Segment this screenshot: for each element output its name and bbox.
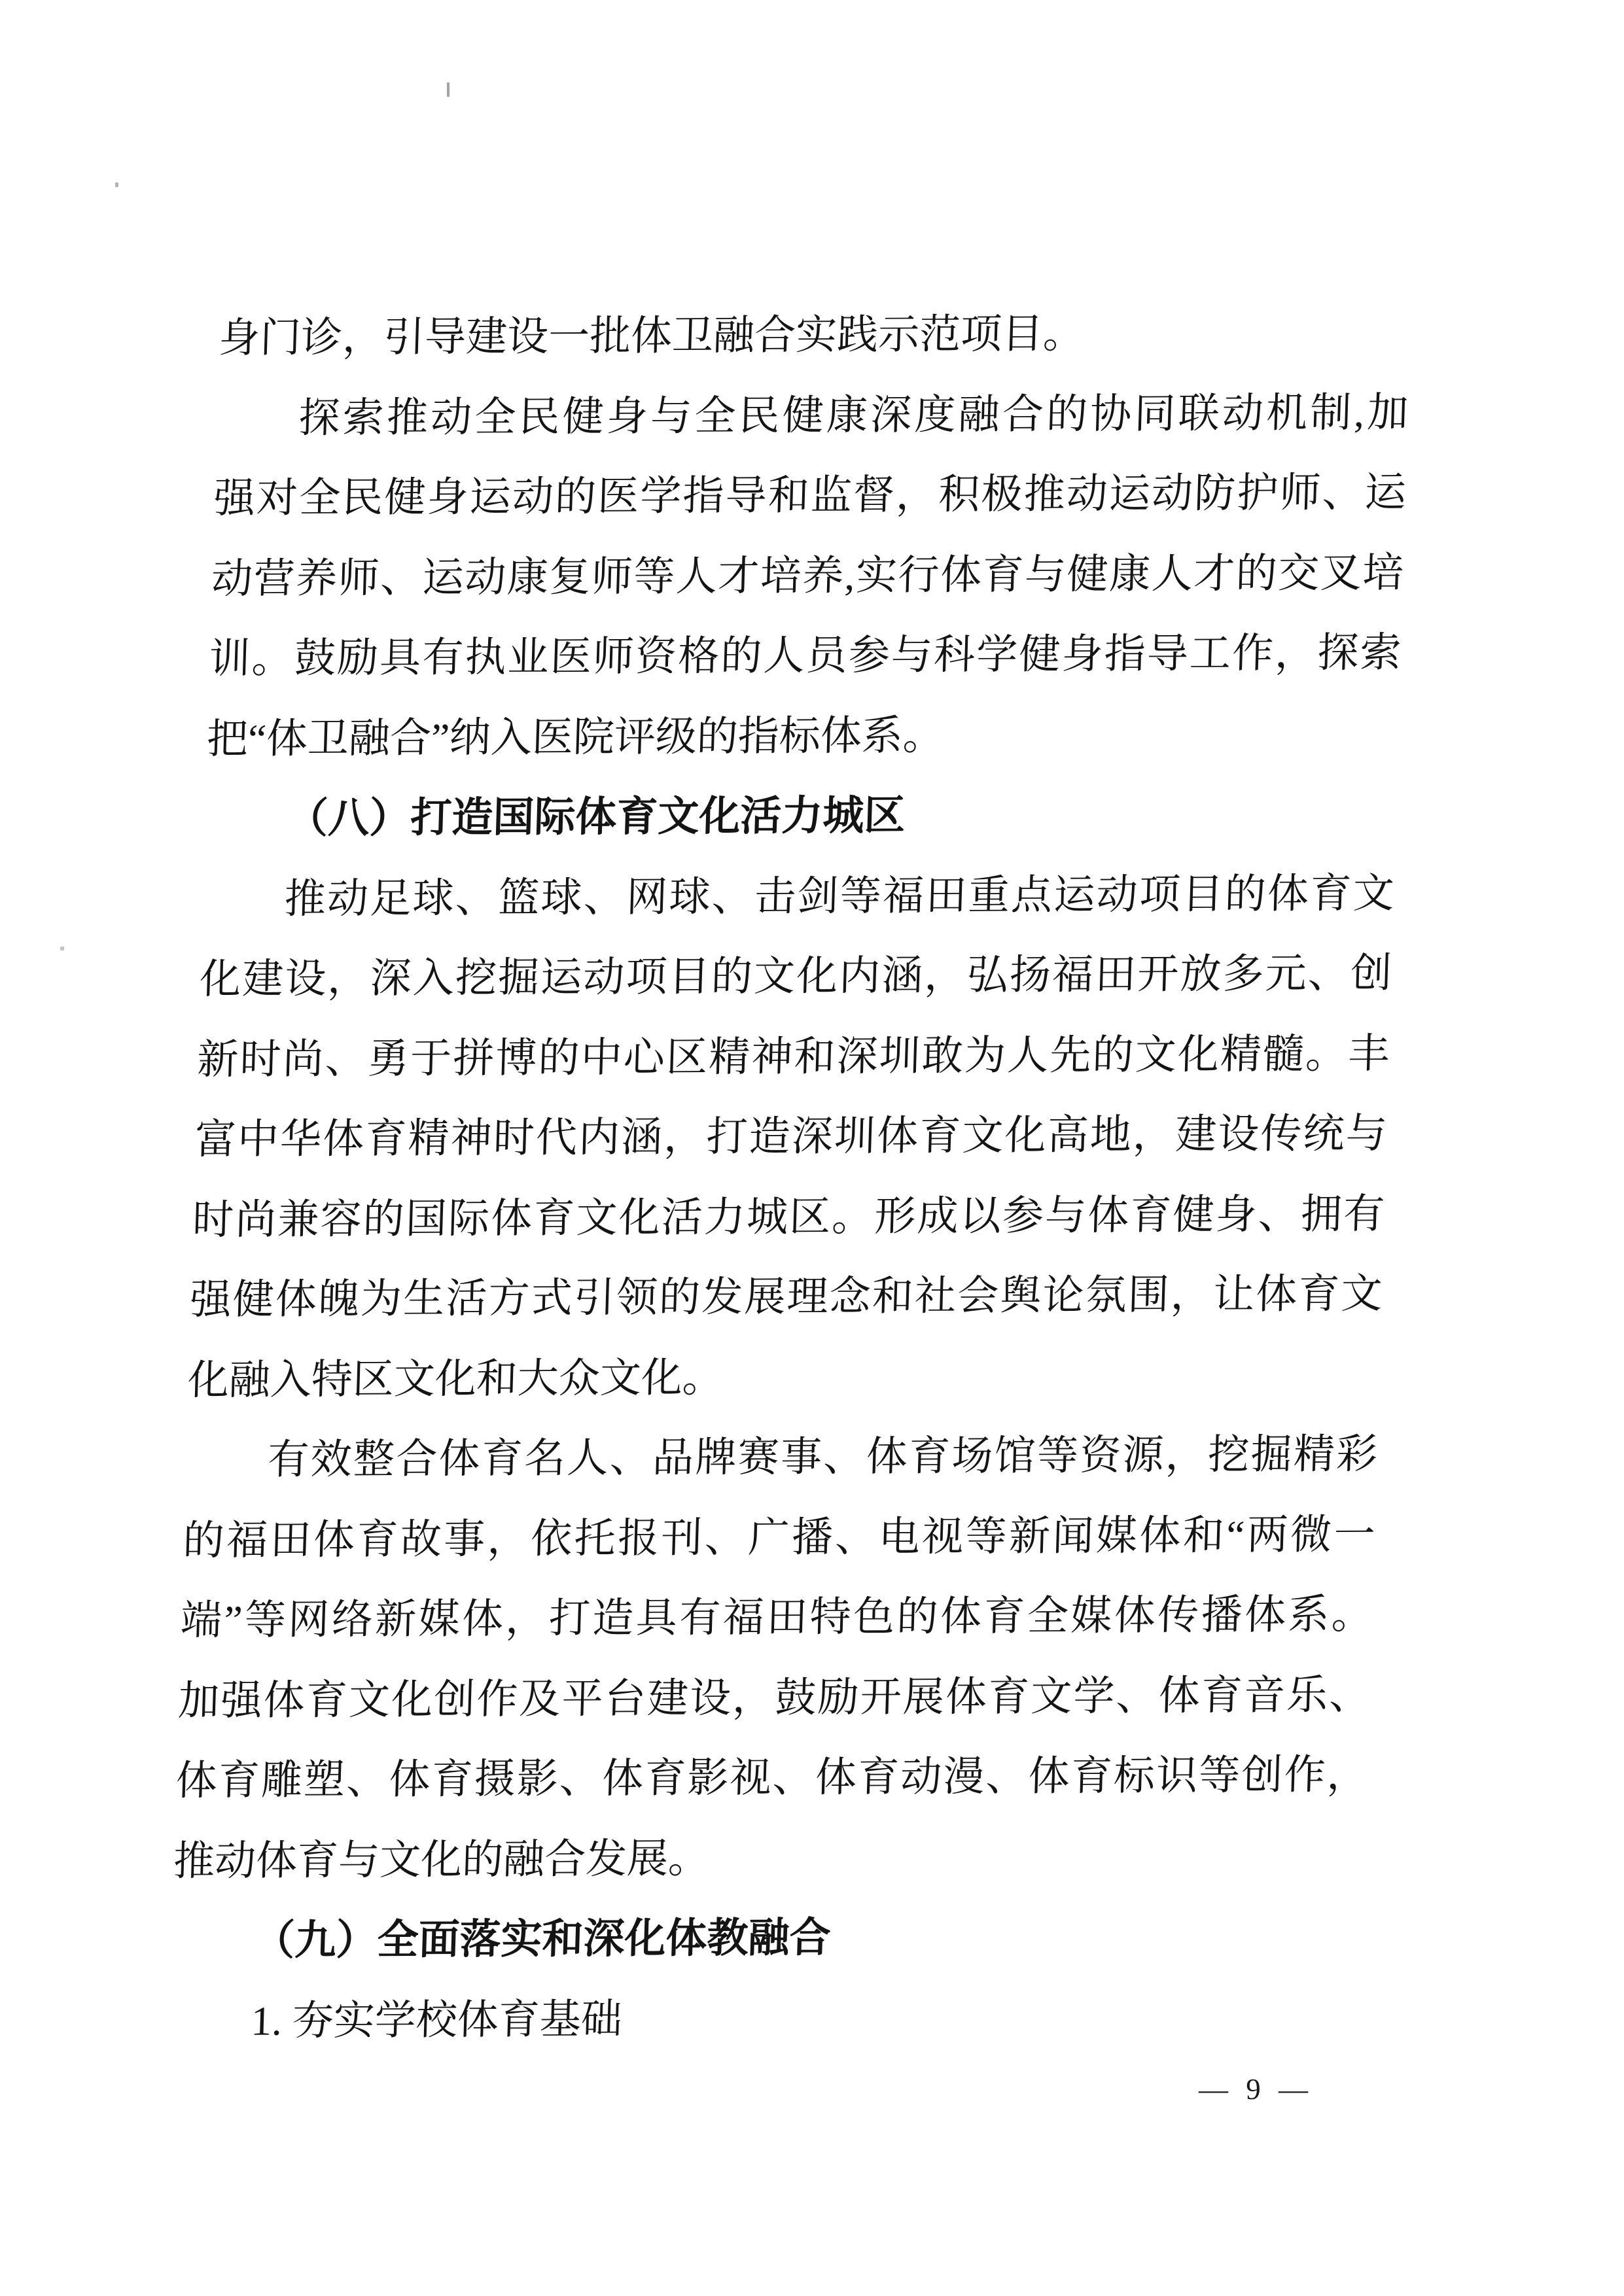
text-line: 强健体魄为生活方式引领的发展理念和社会舆论氛围，让体育文 xyxy=(189,1254,1384,1340)
text-line: 身门诊，引导建设一批体卫融合实践示范项目。 xyxy=(217,292,1412,378)
text-line: 新时尚、勇于拼博的中心区精神和深圳敢为人先的文化精髓。丰 xyxy=(196,1013,1391,1100)
text-line: 推动体育与文化的融合发展。 xyxy=(172,1815,1367,1901)
text-line: 富中华体育精神时代内涵，打造深圳体育文化高地，建设传统与 xyxy=(194,1094,1388,1180)
scan-speck xyxy=(447,82,450,97)
text-line: 时尚兼容的国际体育文化活力城区。形成以参与体育健身、拥有 xyxy=(191,1174,1386,1260)
text-line: 探索推动全民健身与全民健康深度融合的协同联动机制,加 xyxy=(215,372,1410,459)
text-line: 推动足球、篮球、网球、击剑等福田重点运动项目的体育文 xyxy=(201,853,1396,939)
scan-speck xyxy=(115,183,118,187)
text-line: 有效整合体育名人、品牌赛事、体育场馆等资源，挖掘精彩 xyxy=(184,1414,1379,1501)
scan-speck xyxy=(60,947,64,950)
document-body: 身门诊，引导建设一批体卫融合实践示范项目。探索推动全民健身与全民健康深度融合的协… xyxy=(168,292,1412,2061)
document-page: 身门诊，引导建设一批体卫融合实践示范项目。探索推动全民健身与全民健康深度融合的协… xyxy=(0,0,1624,2296)
text-line: 体育雕塑、体育摄影、体育影视、体育动漫、体育标识等创作， xyxy=(175,1735,1369,1821)
section-heading: （九）全面落实和深化体教融合 xyxy=(170,1895,1365,1981)
text-line: 把“体卫融合”纳入医院评级的指标体系。 xyxy=(205,693,1400,779)
text-line: 化建设，深入挖掘运动项目的文化内涵，弘扬福田开放多元、创 xyxy=(198,933,1393,1020)
text-line: 强对全民健身运动的医学指导和监督，积极推动运动防护师、运 xyxy=(213,453,1407,539)
text-line: 化融入特区文化和大众文化。 xyxy=(186,1334,1381,1420)
numbered-heading: 1. 夯实学校体育基础 xyxy=(168,1975,1362,2061)
text-line: 动营养师、运动康复师等人才培养,实行体育与健康人才的交叉培 xyxy=(210,532,1405,619)
text-line: 端”等网络新媒体，打造具有福田特色的体育全媒体传播体系。 xyxy=(179,1574,1374,1661)
text-line: 加强体育文化创作及平台建设，鼓励开展体育文学、体育音乐、 xyxy=(177,1654,1372,1741)
text-line: 的福田体育故事，依托报刊、广播、电视等新闻媒体和“两微一 xyxy=(182,1494,1377,1580)
page-number: — 9 — xyxy=(1199,2072,1313,2106)
section-heading: （八）打造国际体育文化活力城区 xyxy=(203,773,1398,860)
text-line: 训。鼓励具有执业医师资格的人员参与科学健身指导工作，探索 xyxy=(208,613,1403,699)
